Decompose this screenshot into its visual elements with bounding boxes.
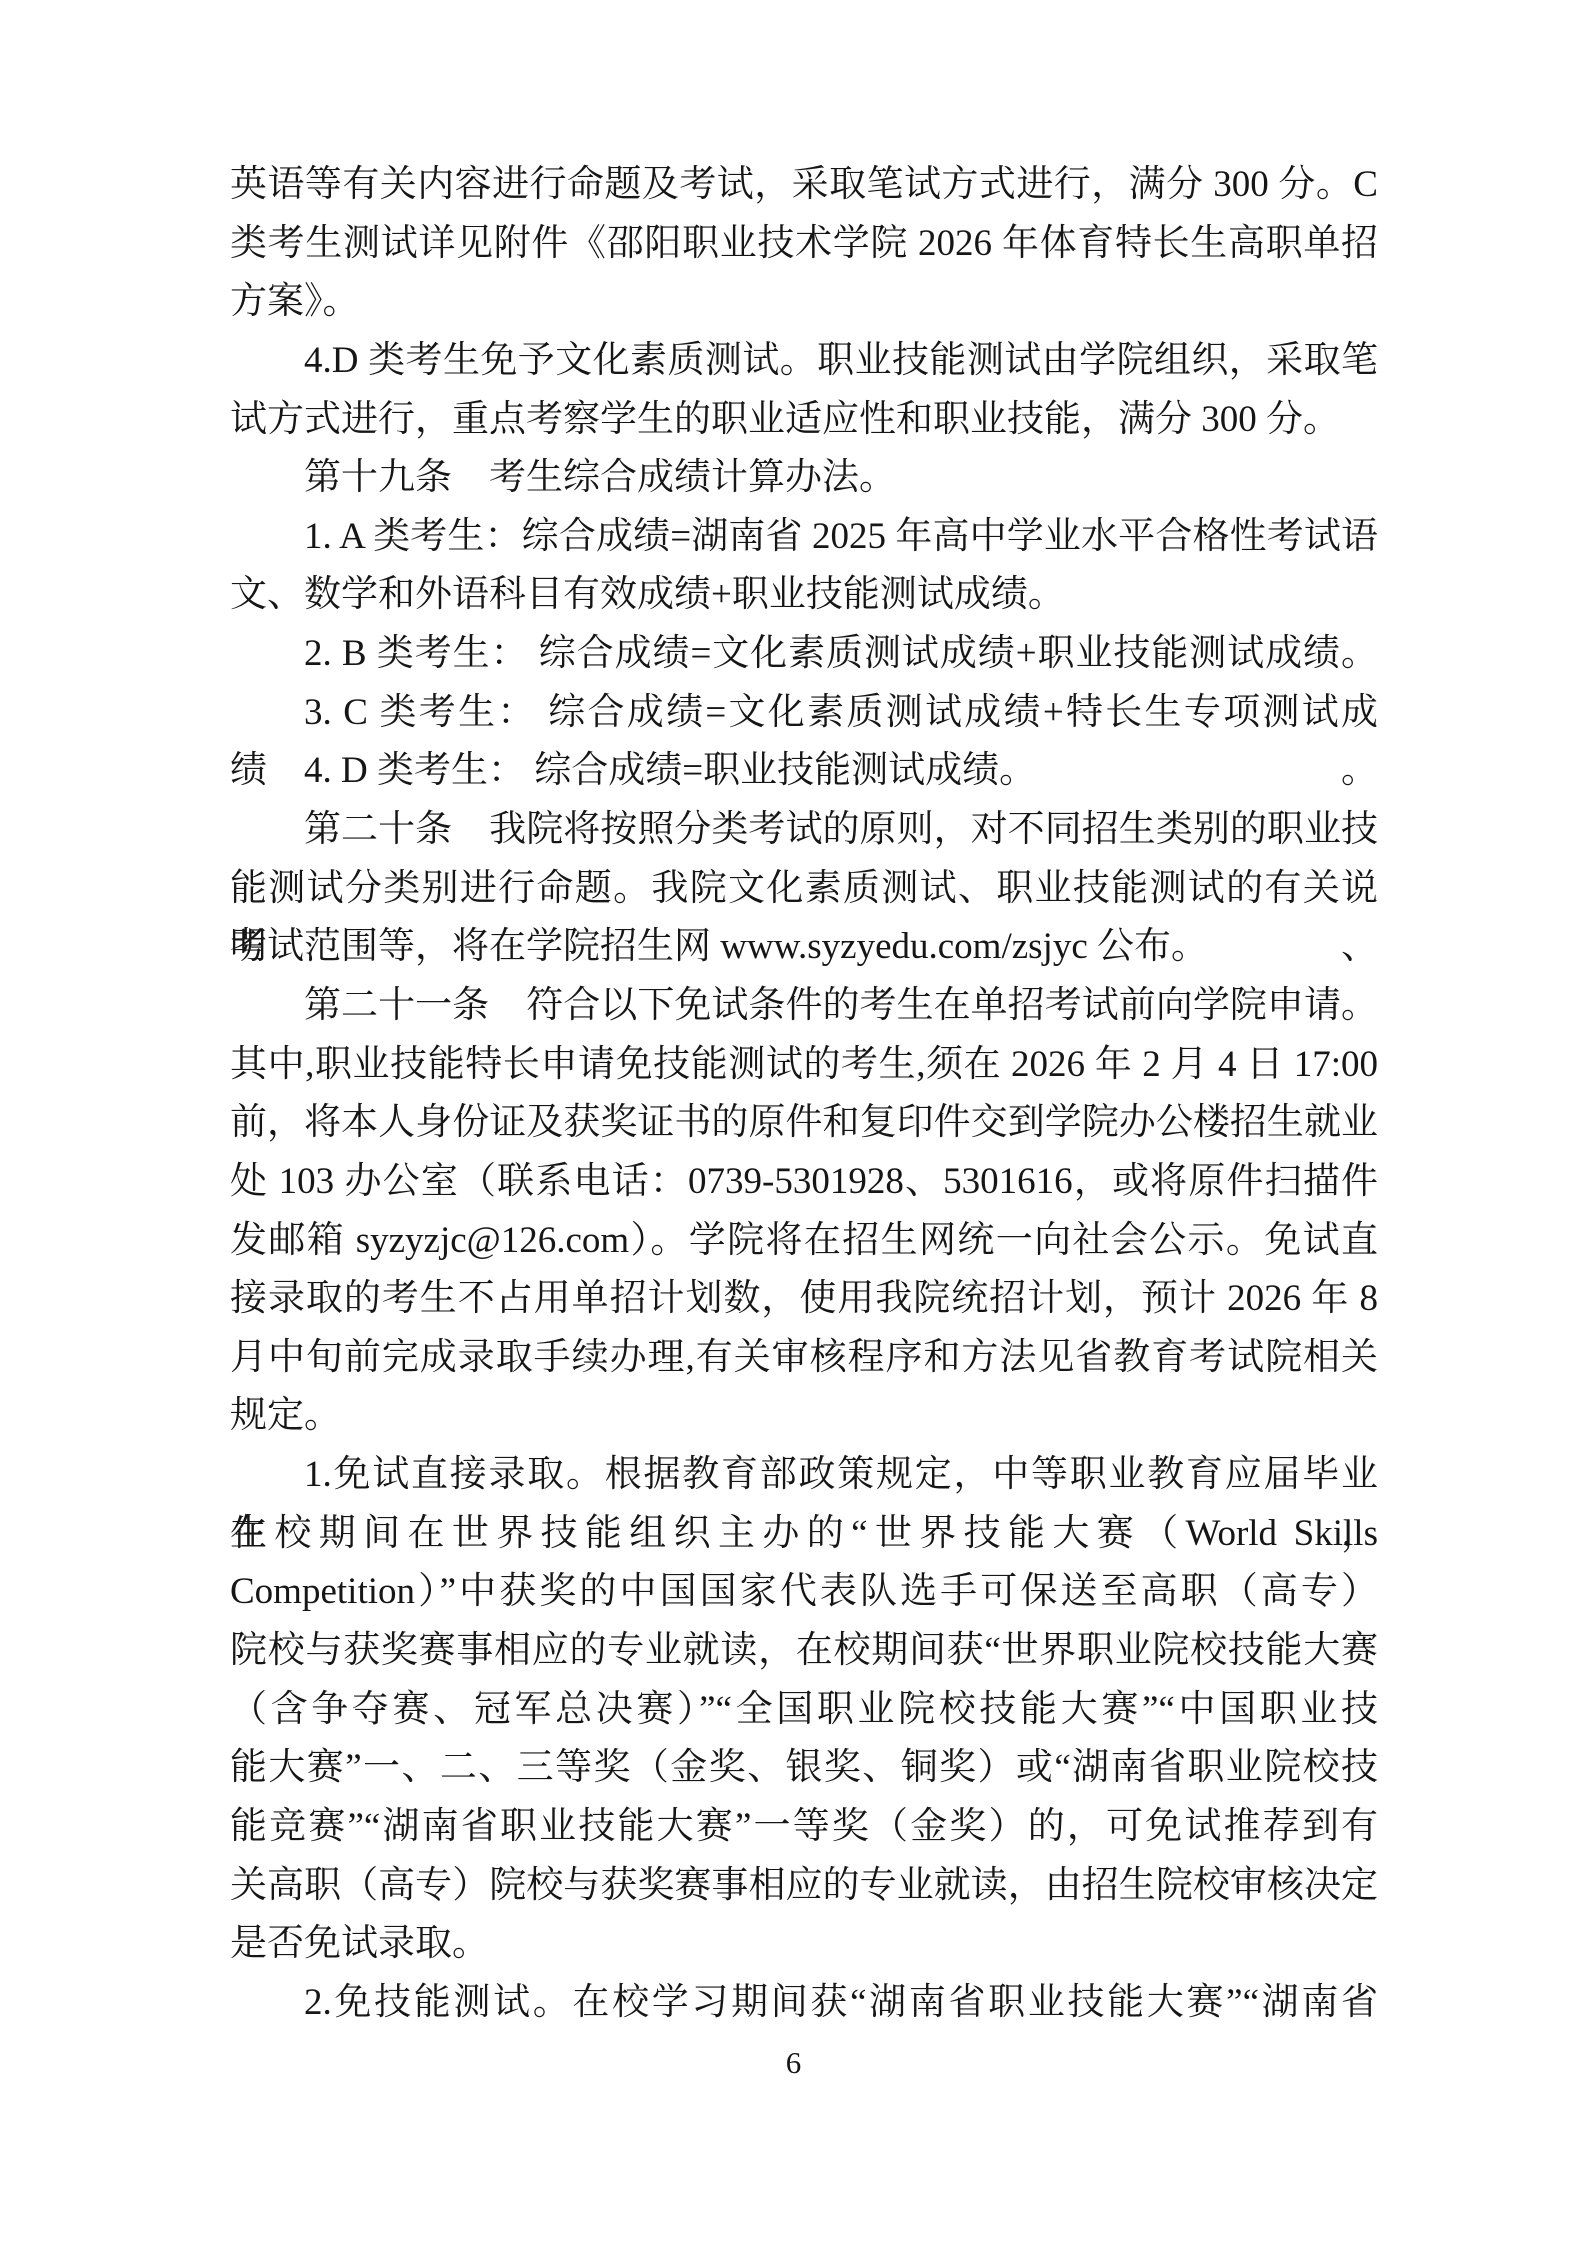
text-line: 1.免试直接录取。根据教育部政策规定，中等职业教育应届毕业生， (230, 1446, 1378, 1505)
text-line: 前，将本人身份证及获奖证书的原件和复印件交到学院办公楼招生就业 (230, 1094, 1378, 1153)
text-line: 能大赛”一、二、三等奖（金奖、银奖、铜奖）或“湖南省职业院校技 (230, 1739, 1378, 1798)
text-line: 2.免技能测试。在校学习期间获“湖南省职业技能大赛”“湖南省 (230, 1974, 1378, 2033)
text-line: 类考生测试详见附件《邵阳职业技术学院 2026 年体育特长生高职单招 (230, 215, 1378, 274)
text-line: 考试范围等，将在学院招生网 www.syzyedu.com/zsjyc 公布。 (230, 918, 1378, 977)
text-line: Competition）”中获奖的中国国家代表队选手可保送至高职（高专） (230, 1563, 1378, 1622)
text-line: 方案》。 (230, 273, 1378, 332)
text-line: 关高职（高专）院校与获奖赛事相应的专业就读，由招生院校审核决定 (230, 1857, 1378, 1916)
text-line: 规定。 (230, 1387, 1378, 1446)
text-line: 2. B 类考生： 综合成绩=文化素质测试成绩+职业技能测试成绩。 (230, 625, 1378, 684)
text-line: 月中旬前完成录取手续办理,有关审核程序和方法见省教育考试院相关 (230, 1329, 1378, 1388)
text-line: 处 103 办公室（联系电话：0739-5301928、5301616，或将原件… (230, 1153, 1378, 1212)
text-line: 接录取的考生不占用单招计划数，使用我院统招计划，预计 2026 年 8 (230, 1270, 1378, 1329)
text-line: 其中,职业技能特长申请免技能测试的考生,须在 2026 年 2 月 4 日 17… (230, 1036, 1378, 1095)
document-page: 英语等有关内容进行命题及考试，采取笔试方式进行，满分 300 分。C 类考生测试… (0, 0, 1587, 2245)
text-line: 发邮箱 syzyzjc@126.com）。学院将在招生网统一向社会公示。免试直 (230, 1212, 1378, 1271)
text-line: （含争夺赛、冠军总决赛）”“全国职业院校技能大赛”“中国职业技 (230, 1681, 1378, 1740)
text-line: 能测试分类别进行命题。我院文化素质测试、职业技能测试的有关说明、 (230, 860, 1378, 919)
text-line: 文、数学和外语科目有效成绩+职业技能测试成绩。 (230, 566, 1378, 625)
text-line: 能竞赛”“湖南省职业技能大赛”一等奖（金奖）的，可免试推荐到有 (230, 1798, 1378, 1857)
text-line: 是否免试录取。 (230, 1915, 1378, 1974)
text-line: 3. C 类考生： 综合成绩=文化素质测试成绩+特长生专项测试成绩。 (230, 684, 1378, 743)
document-body: 英语等有关内容进行命题及考试，采取笔试方式进行，满分 300 分。C 类考生测试… (230, 156, 1378, 2033)
text-line-article-19-heading: 第十九条 考生综合成绩计算办法。 (230, 449, 1378, 508)
text-line: 试方式进行，重点考察学生的职业适应性和职业技能，满分 300 分。 (230, 391, 1378, 450)
text-line: 在校期间在世界技能组织主办的“世界技能大赛（World Skills (230, 1505, 1378, 1564)
text-line: 1. A 类考生：综合成绩=湖南省 2025 年高中学业水平合格性考试语 (230, 508, 1378, 567)
text-line-article-20-heading: 第二十条 我院将按照分类考试的原则，对不同招生类别的职业技 (230, 801, 1378, 860)
text-line: 院校与获奖赛事相应的专业就读，在校期间获“世界职业院校技能大赛 (230, 1622, 1378, 1681)
text-line: 英语等有关内容进行命题及考试，采取笔试方式进行，满分 300 分。C (230, 156, 1378, 215)
text-line: 4.D 类考生免予文化素质测试。职业技能测试由学院组织，采取笔 (230, 332, 1378, 391)
text-line-article-21-heading: 第二十一条 符合以下免试条件的考生在单招考试前向学院申请。 (230, 977, 1378, 1036)
page-number: 6 (0, 2043, 1587, 2083)
